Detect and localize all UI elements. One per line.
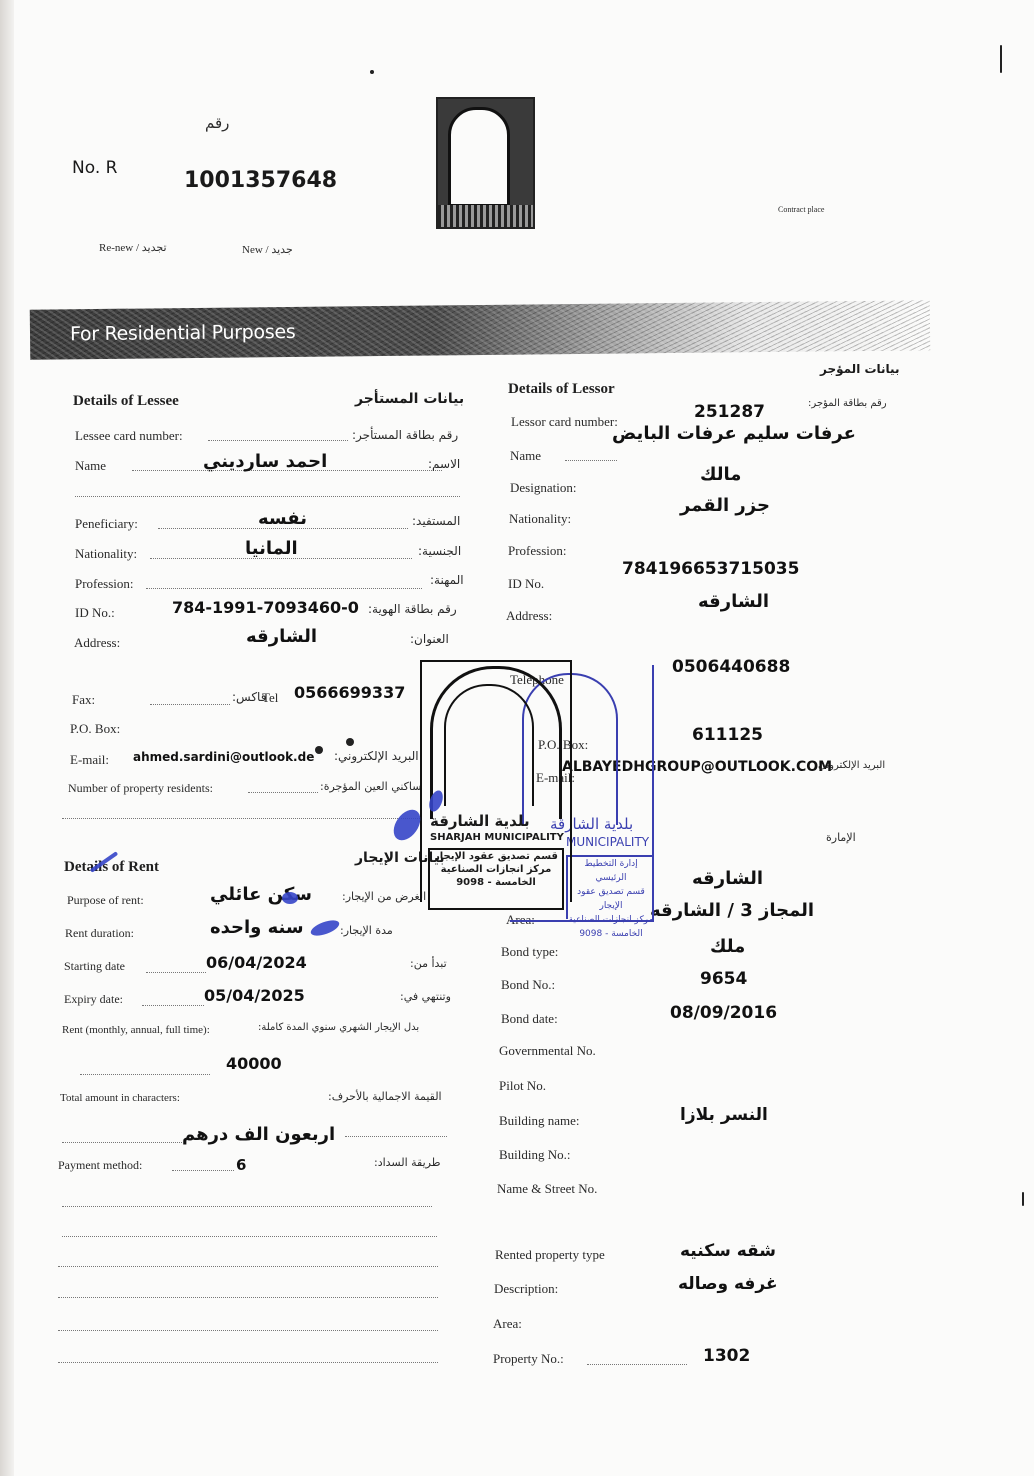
street-label: Name & Street No. (497, 1181, 597, 1197)
lessee-email-value: ahmed.sardini@outlook.de (133, 750, 314, 764)
lessor-designation-label: Designation: (510, 480, 576, 496)
lessee-tel-value: 0566699337 (294, 683, 405, 702)
building-name-value: النسر بلازا (680, 1105, 768, 1125)
lessor-id-value: 784196653715035 (622, 559, 799, 579)
lessor-email-label-ar: البريد الإلكتروني (818, 760, 885, 771)
blue-stamp-line: قسم تصديق عقود الإيجار (568, 885, 654, 913)
start-date-label-ar: تبدأ من: (410, 957, 447, 970)
speck (346, 738, 354, 746)
premises-area-label: Area: (493, 1316, 522, 1332)
rent-duration-value: سنه واحده (210, 917, 304, 938)
speck (315, 746, 323, 754)
building-no-label: Building No.: (499, 1147, 571, 1163)
black-stamp-line: قسم تصديق عقود الإيجار (430, 850, 562, 863)
total-characters-label: Total amount in characters: (60, 1092, 180, 1104)
bond-date-label: Bond date: (501, 1011, 558, 1027)
property-no-value: 1302 (703, 1346, 750, 1366)
lessee-residents-label-ar: ساكني العين المؤجرة: (320, 780, 421, 793)
lessee-id-label-ar: رقم بطاقة الهوية: (368, 602, 457, 616)
lessor-card-label: Lessor card number: (511, 414, 618, 430)
banner-title: For Residential Purposes (70, 321, 296, 345)
lessee-name-value: احمد سارديني (203, 451, 327, 472)
lessor-name-value: عرفات سليم عرفات البايض (612, 423, 856, 444)
rent-duration-label-ar: مدة الإيجار: (340, 924, 393, 937)
speck (1022, 1192, 1024, 1206)
lessee-email-label: E-mail: (70, 752, 109, 768)
rent-duration-label: Rent duration: (65, 926, 134, 941)
blue-stamp-line: إدارة التخطيط الرئيسي (568, 857, 654, 885)
lessor-telephone-value: 0506440688 (672, 657, 790, 677)
lessor-card-value: 251287 (694, 402, 765, 422)
paper-edge (0, 0, 14, 1476)
lessee-profession-label-ar: المهنة: (430, 573, 464, 587)
blue-stamp-box: إدارة التخطيط الرئيسي قسم تصديق عقود الإ… (566, 855, 654, 919)
new-option: New / جديد (242, 243, 293, 256)
lessee-residents-label: Number of property residents: (68, 781, 213, 796)
expiry-date-value: 05/04/2025 (204, 986, 305, 1005)
emirate-label-ar: الإمارة (826, 831, 856, 844)
rent-amount-value: 40000 (226, 1054, 282, 1073)
description-label: Description: (494, 1281, 558, 1297)
rent-amount-label-ar: بدل الإيجار الشهري سنوي المدة كاملة: (258, 1022, 419, 1033)
black-stamp-line: مركز انجازات الصناعية (430, 863, 562, 876)
property-no-label: Property No.: (493, 1351, 564, 1367)
lessor-name-label: Name (510, 448, 541, 464)
payment-method-value: 6 (236, 1156, 246, 1174)
black-municipality-stamp: بلدية الشارقة SHARJAH MUNICIPALITY قسم ت… (420, 660, 572, 902)
bond-no-value: 9654 (700, 969, 747, 989)
lessor-id-label: ID No. (508, 576, 544, 592)
emirate-value: الشارقه (692, 868, 763, 889)
renew-option: Re-new / تجديد (99, 241, 167, 254)
area-value: المجاز 3 / الشارقه (650, 900, 814, 921)
lessee-beneficiary-label-ar: المستفيد: (412, 514, 460, 528)
payment-method-label-ar: طريقة السداد: (374, 1156, 441, 1169)
bond-type-label: Bond type: (501, 944, 558, 960)
speck (1000, 45, 1002, 73)
lessee-id-label: ID No.: (75, 605, 115, 621)
top-mark: رقم (205, 114, 229, 132)
lessee-name-label: Name (75, 458, 106, 474)
lessee-beneficiary-value: نفسه (258, 508, 307, 529)
lessee-profession-label: Profession: (75, 576, 134, 592)
lessor-profession-label: Profession: (508, 543, 567, 559)
start-date-value: 06/04/2024 (206, 953, 307, 972)
total-characters-value: اربعون الف درهم (182, 1124, 335, 1145)
lessee-address-label-ar: العنوان: (410, 632, 449, 646)
lessor-pobox-value: 611125 (692, 725, 763, 745)
rented-property-type-value: شقه سكنيه (680, 1241, 776, 1261)
lessee-card-label: Lessee card number: (75, 428, 183, 444)
rent-amount-label: Rent (monthly, annual, full time): (62, 1024, 210, 1036)
lessee-nationality-label: Nationality: (75, 546, 137, 562)
lessee-heading: Details of Lessee (73, 393, 179, 410)
governmental-no-label: Governmental No. (499, 1043, 596, 1059)
lessee-tel-label: Tel (262, 690, 278, 706)
expiry-date-label-ar: وتنتهي في: (400, 990, 451, 1003)
lessor-nationality-value: جزر القمر (680, 495, 770, 516)
black-stamp-name-ar: بلدية الشارقة (430, 812, 530, 830)
blue-stamp-name-en: MUNICIPALITY (566, 835, 649, 849)
rented-property-type-label: Rented property type (495, 1247, 605, 1263)
lessee-fax-label: Fax: (72, 692, 95, 708)
start-date-label: Starting date (64, 959, 125, 974)
contract-place-label: Contract place (778, 205, 824, 214)
building-name-label: Building name: (499, 1113, 580, 1129)
rent-purpose-label: Purpose of rent: (67, 893, 144, 908)
rent-heading: Details of Rent (64, 859, 159, 876)
ink-mark (309, 917, 341, 939)
black-stamp-line: الخامسة - 9098 (430, 876, 562, 889)
rent-purpose-label-ar: الغرض من الإيجار: (342, 890, 426, 903)
total-characters-label-ar: القيمة الاجمالية بالأحرف: (328, 1090, 442, 1103)
speck (370, 70, 374, 74)
sharjah-logo-icon (436, 97, 535, 229)
expiry-date-label: Expiry date: (64, 992, 123, 1007)
lessee-heading-ar: بيانات المستأجر (355, 391, 464, 407)
lessee-id-value: 784-1991-7093460-0 (172, 598, 359, 617)
bond-date-value: 08/09/2016 (670, 1003, 777, 1023)
lessor-address-value: الشارقه (698, 591, 769, 612)
black-stamp-name-en: SHARJAH MUNICIPALITY (430, 832, 564, 843)
payment-method-label: Payment method: (58, 1158, 142, 1173)
lessee-email-label-ar: البريد الإلكتروني: (334, 749, 419, 763)
lessor-nationality-label: Nationality: (509, 511, 571, 527)
lessee-nationality-label-ar: الجنسية: (418, 544, 461, 558)
purpose-banner: For Residential Purposes (30, 300, 930, 359)
blue-stamp-line: مركز انجازات الصناعية (568, 913, 654, 927)
lessor-address-label: Address: (506, 608, 552, 624)
contract-no-label: No. R (72, 158, 117, 178)
black-stamp-box: قسم تصديق عقود الإيجار مركز انجازات الصن… (428, 848, 564, 910)
lessee-address-value: الشارقه (246, 626, 317, 647)
lessee-name-label-ar: الاسم: (428, 457, 460, 471)
lessee-address-label: Address: (74, 635, 120, 651)
lessee-nationality-value: المانيا (245, 538, 298, 559)
lessor-card-label-ar: رقم بطاقة المؤجر: (808, 398, 887, 409)
bond-type-value: ملك (710, 936, 745, 957)
description-value: غرفه وصاله (678, 1274, 778, 1294)
lessee-beneficiary-label: Peneficiary: (75, 516, 138, 532)
lessee-pobox-label: P.O. Box: (70, 721, 120, 737)
lessor-designation-value: مالك (700, 464, 741, 485)
bond-no-label: Bond No.: (501, 977, 555, 993)
plot-no-label: Pilot No. (499, 1078, 546, 1094)
blue-stamp-line: الخامسة - 9098 (568, 927, 654, 941)
ink-mark (282, 892, 298, 904)
lessor-heading-ar: بيانات المؤجر (820, 362, 899, 376)
contract-number: 1001357648 (184, 168, 337, 193)
lessee-card-label-ar: رقم بطاقة المستأجر: (352, 428, 458, 442)
lessor-heading: Details of Lessor (508, 381, 615, 398)
